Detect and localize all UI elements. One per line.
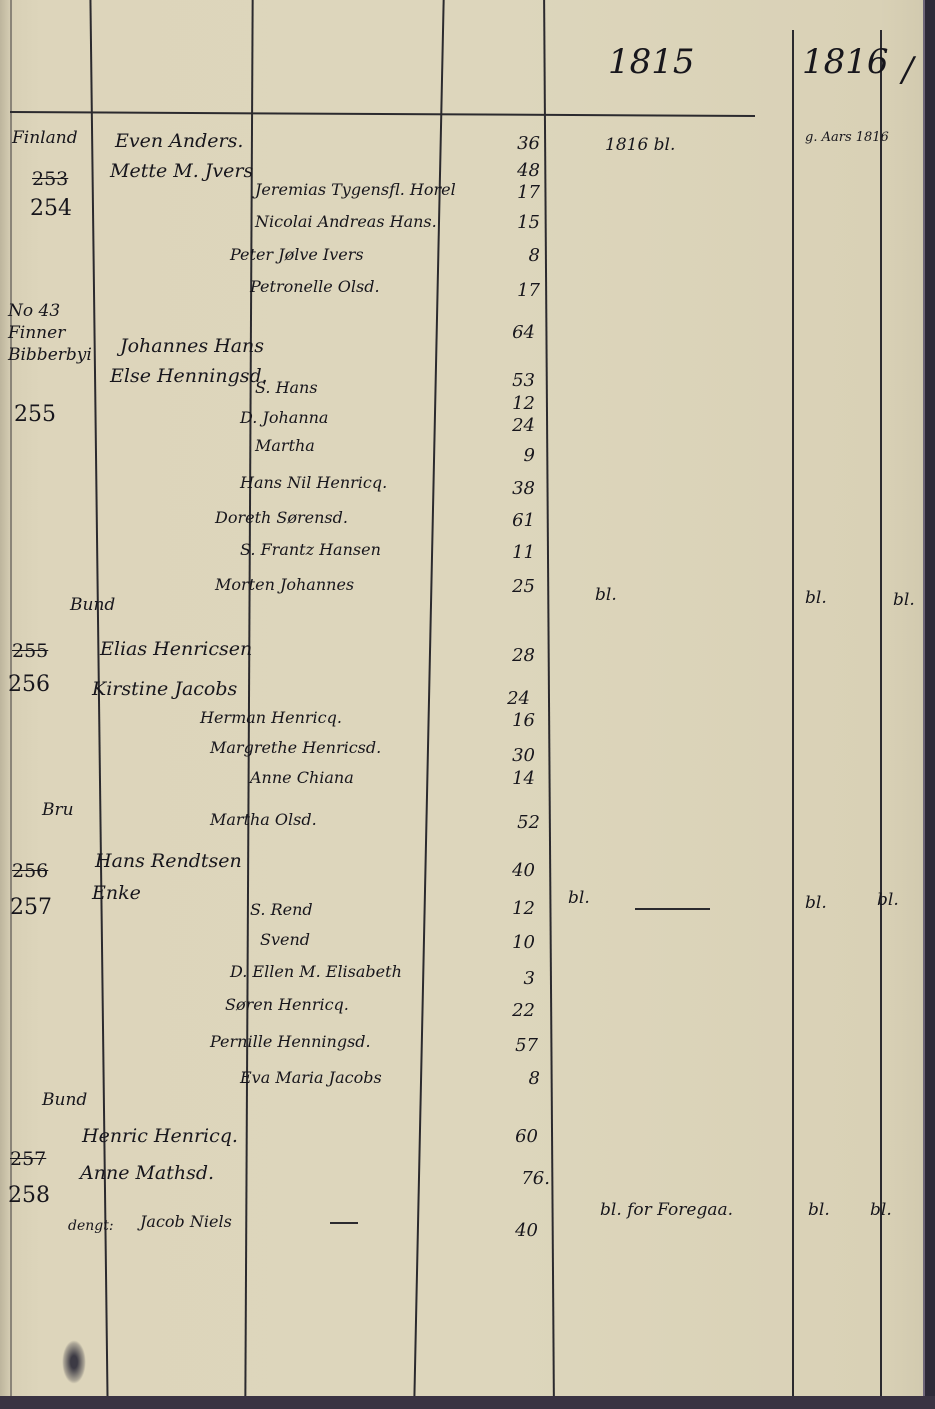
age-value: 9 <box>485 445 535 466</box>
household-member: Nicolai Andreas Hans. <box>255 212 437 231</box>
year-header-1817-partial: / <box>902 50 913 90</box>
remark-1815: 1816 bl. <box>605 135 675 155</box>
column-rule-4 <box>413 0 444 1400</box>
household-member: Pernille Henningsd. <box>210 1032 371 1051</box>
age-value: 15 <box>490 212 540 233</box>
household-head: Even Anders. <box>115 130 243 152</box>
age-value: 30 <box>485 745 535 766</box>
household-member: Peter Jølve Ivers <box>230 245 364 264</box>
household-head: Hans Rendtsen <box>95 850 242 872</box>
age-value: 8 <box>490 245 540 266</box>
household-number: 258 <box>8 1183 50 1208</box>
age-value: 40 <box>488 1220 538 1241</box>
age-value: 14 <box>485 768 535 789</box>
age-value: 16 <box>485 710 535 731</box>
household-place: No 43 Finner Bibberbyi <box>8 300 88 366</box>
household-member: Morten Johannes <box>215 575 354 594</box>
household-head: Elias Henricsen <box>100 638 252 660</box>
age-value: 17 <box>490 280 540 301</box>
household-place: Bund <box>70 595 115 615</box>
age-value: 53 <box>485 370 535 391</box>
ledger-page: 1815 1816 / Finland 253 254 Even Anders.… <box>0 0 925 1400</box>
age-value: 24 <box>485 415 535 436</box>
remark-1817: bl. <box>893 590 915 610</box>
household-head: Mette M. Jvers <box>110 160 253 182</box>
household-number: 256 <box>8 672 50 697</box>
household-old-number: 253 <box>32 168 68 190</box>
household-member: S. Frantz Hansen <box>240 540 381 559</box>
household-member: Jacob Niels <box>140 1212 232 1231</box>
household-member: Herman Henricq. <box>200 708 342 727</box>
household-member: Martha Olsd. <box>210 810 317 829</box>
household-member: Anne Chiana <box>250 768 354 787</box>
remark-1815: bl. <box>595 585 617 605</box>
remark-1817: bl. <box>870 1200 892 1220</box>
household-member: Søren Henricq. <box>225 995 349 1014</box>
household-member: S. Hans <box>255 378 318 397</box>
year-header-1816: 1816 <box>802 42 889 82</box>
remark-1816: g. Aars 1816 <box>805 130 889 145</box>
age-value: 12 <box>485 393 535 414</box>
age-value: 8 <box>490 1068 540 1089</box>
age-value: 36 <box>490 133 540 154</box>
household-member: Petronelle Olsd. <box>250 277 380 296</box>
household-member: Svend <box>260 930 310 949</box>
remark-1816: bl. <box>808 1200 830 1220</box>
column-rule-3 <box>244 0 253 1400</box>
age-value: 57 <box>488 1035 538 1056</box>
remark-1816: bl. <box>805 588 827 608</box>
ink-stain <box>62 1340 86 1384</box>
age-value: 12 <box>485 898 535 919</box>
age-value: 17 <box>490 182 540 203</box>
household-place: Bund <box>42 1090 87 1110</box>
household-member: Eva Maria Jacobs <box>240 1068 382 1087</box>
household-member: S. Rend <box>250 900 313 919</box>
age-value: 38 <box>485 478 535 499</box>
household-number: 255 <box>14 402 56 427</box>
age-value: 24 <box>480 688 530 709</box>
household-head: Henric Henricq. <box>82 1125 238 1147</box>
household-member: Martha <box>255 436 315 455</box>
household-head: Kirstine Jacobs <box>92 678 237 700</box>
remark-1817: bl. <box>877 890 899 910</box>
age-value: 11 <box>485 542 535 563</box>
remark-1815: bl. <box>568 888 590 908</box>
household-member: Doreth Sørensd. <box>215 508 348 527</box>
age-value: 25 <box>485 576 535 597</box>
household-number: 254 <box>30 196 72 221</box>
dash-mark <box>330 1222 358 1224</box>
age-value: 52 <box>490 812 540 833</box>
household-member: D. Ellen M. Elisabeth <box>230 962 402 981</box>
household-old-number: 255 <box>12 640 48 662</box>
age-value: 76. <box>500 1168 550 1189</box>
remark-1816: bl. <box>805 893 827 913</box>
year-header-1815: 1815 <box>608 42 695 82</box>
household-head: Johannes Hans <box>120 335 264 357</box>
age-value: 40 <box>485 860 535 881</box>
household-old-number: 256 <box>12 860 48 882</box>
remark-1815: bl. for Foregaa. <box>600 1200 733 1220</box>
household-place: Bru <box>42 800 74 820</box>
page-bottom-edge <box>0 1396 935 1409</box>
age-value: 61 <box>485 510 535 531</box>
age-value: 22 <box>485 1000 535 1021</box>
age-value: 64 <box>485 322 535 343</box>
household-member: Jeremias Tygensfl. Horel <box>255 180 456 199</box>
column-rule-2 <box>89 0 108 1400</box>
member-prefix: dengt: <box>68 1218 114 1234</box>
column-rule-7 <box>880 30 882 1400</box>
age-value: 10 <box>485 932 535 953</box>
header-rule <box>10 111 755 117</box>
household-head: Anne Mathsd. <box>80 1162 214 1184</box>
age-value: 28 <box>485 645 535 666</box>
age-value: 60 <box>488 1126 538 1147</box>
household-member: Hans Nil Henricq. <box>240 473 387 492</box>
household-member: Margrethe Henricsd. <box>210 738 381 757</box>
column-rule-5 <box>543 0 555 1400</box>
household-head: Enke <box>92 882 141 904</box>
age-value: 3 <box>485 968 535 989</box>
household-head: Else Henningsd. <box>110 365 268 387</box>
column-rule-6 <box>792 30 794 1400</box>
household-old-number: 257 <box>10 1148 46 1170</box>
age-value: 48 <box>490 160 540 181</box>
household-number: 257 <box>10 895 52 920</box>
dash-mark <box>635 908 710 910</box>
household-member: D. Johanna <box>240 408 328 427</box>
household-place: Finland <box>12 128 78 148</box>
